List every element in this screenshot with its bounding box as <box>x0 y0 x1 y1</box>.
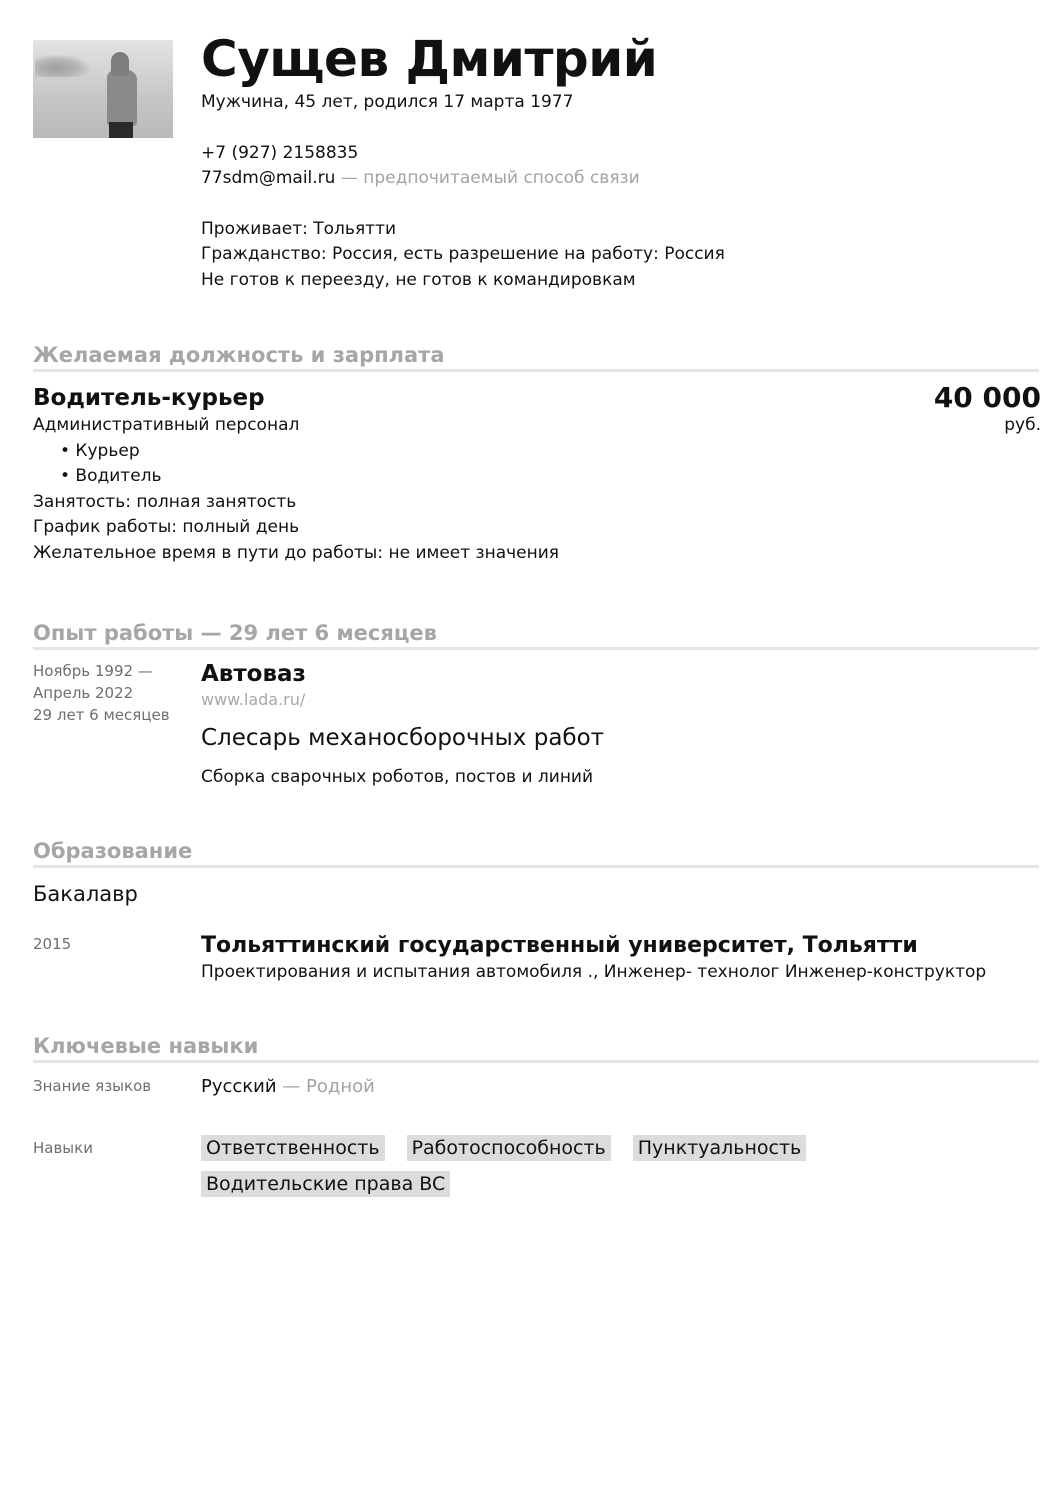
position-category: Административный персонал <box>33 413 1039 439</box>
header-info: Сущев Дмитрий Мужчина, 45 лет, родился 1… <box>201 28 1001 293</box>
section-title-education: Образование <box>33 837 1039 868</box>
education-level: Бакалавр <box>33 880 1039 908</box>
languages-label: Знание языков <box>33 1075 193 1097</box>
phone-number[interactable]: +7 (927) 2158835 <box>201 141 1001 167</box>
relocation: Не готов к переезду, не готов к командир… <box>201 268 1001 294</box>
company-site[interactable]: www.lada.ru/ <box>201 689 1039 711</box>
skill-tag: Пунктуальность <box>633 1135 807 1161</box>
candidate-name: Сущев Дмитрий <box>201 28 1001 90</box>
section-skills: Ключевые навыки Знание языков Русский — … <box>33 1032 1039 1197</box>
citizenship: Гражданство: Россия, есть разрешение на … <box>201 242 1001 268</box>
commute-time: Желательное время в пути до работы: не и… <box>33 541 1039 567</box>
skills-label: Навыки <box>33 1137 193 1159</box>
job-position: Слесарь механосборочных работ <box>201 723 1039 753</box>
language-name: Русский <box>201 1076 277 1097</box>
experience-period: Ноябрь 1992 — Апрель 2022 29 лет 6 месяц… <box>33 660 193 726</box>
residence: Проживает: Тольятти <box>201 217 1001 243</box>
specialization-item: • Курьер <box>33 439 1039 465</box>
section-title-experience: Опыт работы — 29 лет 6 месяцев <box>33 619 1039 650</box>
education-year: 2015 <box>33 933 193 955</box>
employment-type: Занятость: полная занятость <box>33 490 1039 516</box>
section-title-skills: Ключевые навыки <box>33 1032 1039 1063</box>
skill-tags: Ответственность Работоспособность Пункту… <box>201 1135 821 1197</box>
language-level: — Родной <box>277 1076 375 1097</box>
section-title-position: Желаемая должность и зарплата <box>33 341 1039 372</box>
period-duration: 29 лет 6 месяцев <box>33 704 193 726</box>
languages-row: Знание языков Русский — Родной <box>33 1075 1039 1099</box>
email-link[interactable]: 77sdm@mail.ru <box>201 168 335 188</box>
salary-currency: руб. <box>934 415 1041 435</box>
skill-tag: Водительские права BC <box>201 1171 450 1197</box>
salary-amount: 40 000 <box>934 381 1041 415</box>
candidate-photo <box>33 40 173 138</box>
skills-row: Навыки Ответственность Работоспособность… <box>33 1135 1039 1197</box>
institution-name: Тольяттинский государственный университе… <box>201 932 1039 960</box>
section-education: Образование Бакалавр 2015 Тольяттинский … <box>33 837 1039 984</box>
email-line: 77sdm@mail.ru — предпочитаемый способ св… <box>201 166 1001 192</box>
education-item: 2015 Тольяттинский государственный униве… <box>33 932 1039 984</box>
email-note: — предпочитаемый способ связи <box>335 168 639 188</box>
skill-tag: Работоспособность <box>407 1135 611 1161</box>
section-experience: Опыт работы — 29 лет 6 месяцев Ноябрь 19… <box>33 619 1039 789</box>
candidate-summary: Мужчина, 45 лет, родился 17 марта 1977 <box>201 90 1001 116</box>
period-start: Ноябрь 1992 — <box>33 660 193 682</box>
work-schedule: График работы: полный день <box>33 515 1039 541</box>
job-description: Сборка сварочных роботов, постов и линий <box>201 765 1039 789</box>
company-name: Автоваз <box>201 659 1039 689</box>
position-title: Водитель-курьер <box>33 383 1039 413</box>
section-position: Желаемая должность и зарплата Водитель-к… <box>33 341 1039 566</box>
photo-trees-shape <box>35 55 90 77</box>
institution-details: Проектирования и испытания автомобиля .,… <box>201 960 1039 984</box>
experience-item: Ноябрь 1992 — Апрель 2022 29 лет 6 месяц… <box>33 659 1039 789</box>
photo-figure-body <box>107 70 137 126</box>
salary: 40 000 руб. <box>934 381 1041 435</box>
period-end: Апрель 2022 <box>33 682 193 704</box>
photo-figure-legs <box>109 122 133 138</box>
language-entry: Русский — Родной <box>201 1075 1039 1099</box>
photo-figure-hood <box>111 52 129 76</box>
specialization-item: • Водитель <box>33 464 1039 490</box>
skill-tag: Ответственность <box>201 1135 385 1161</box>
